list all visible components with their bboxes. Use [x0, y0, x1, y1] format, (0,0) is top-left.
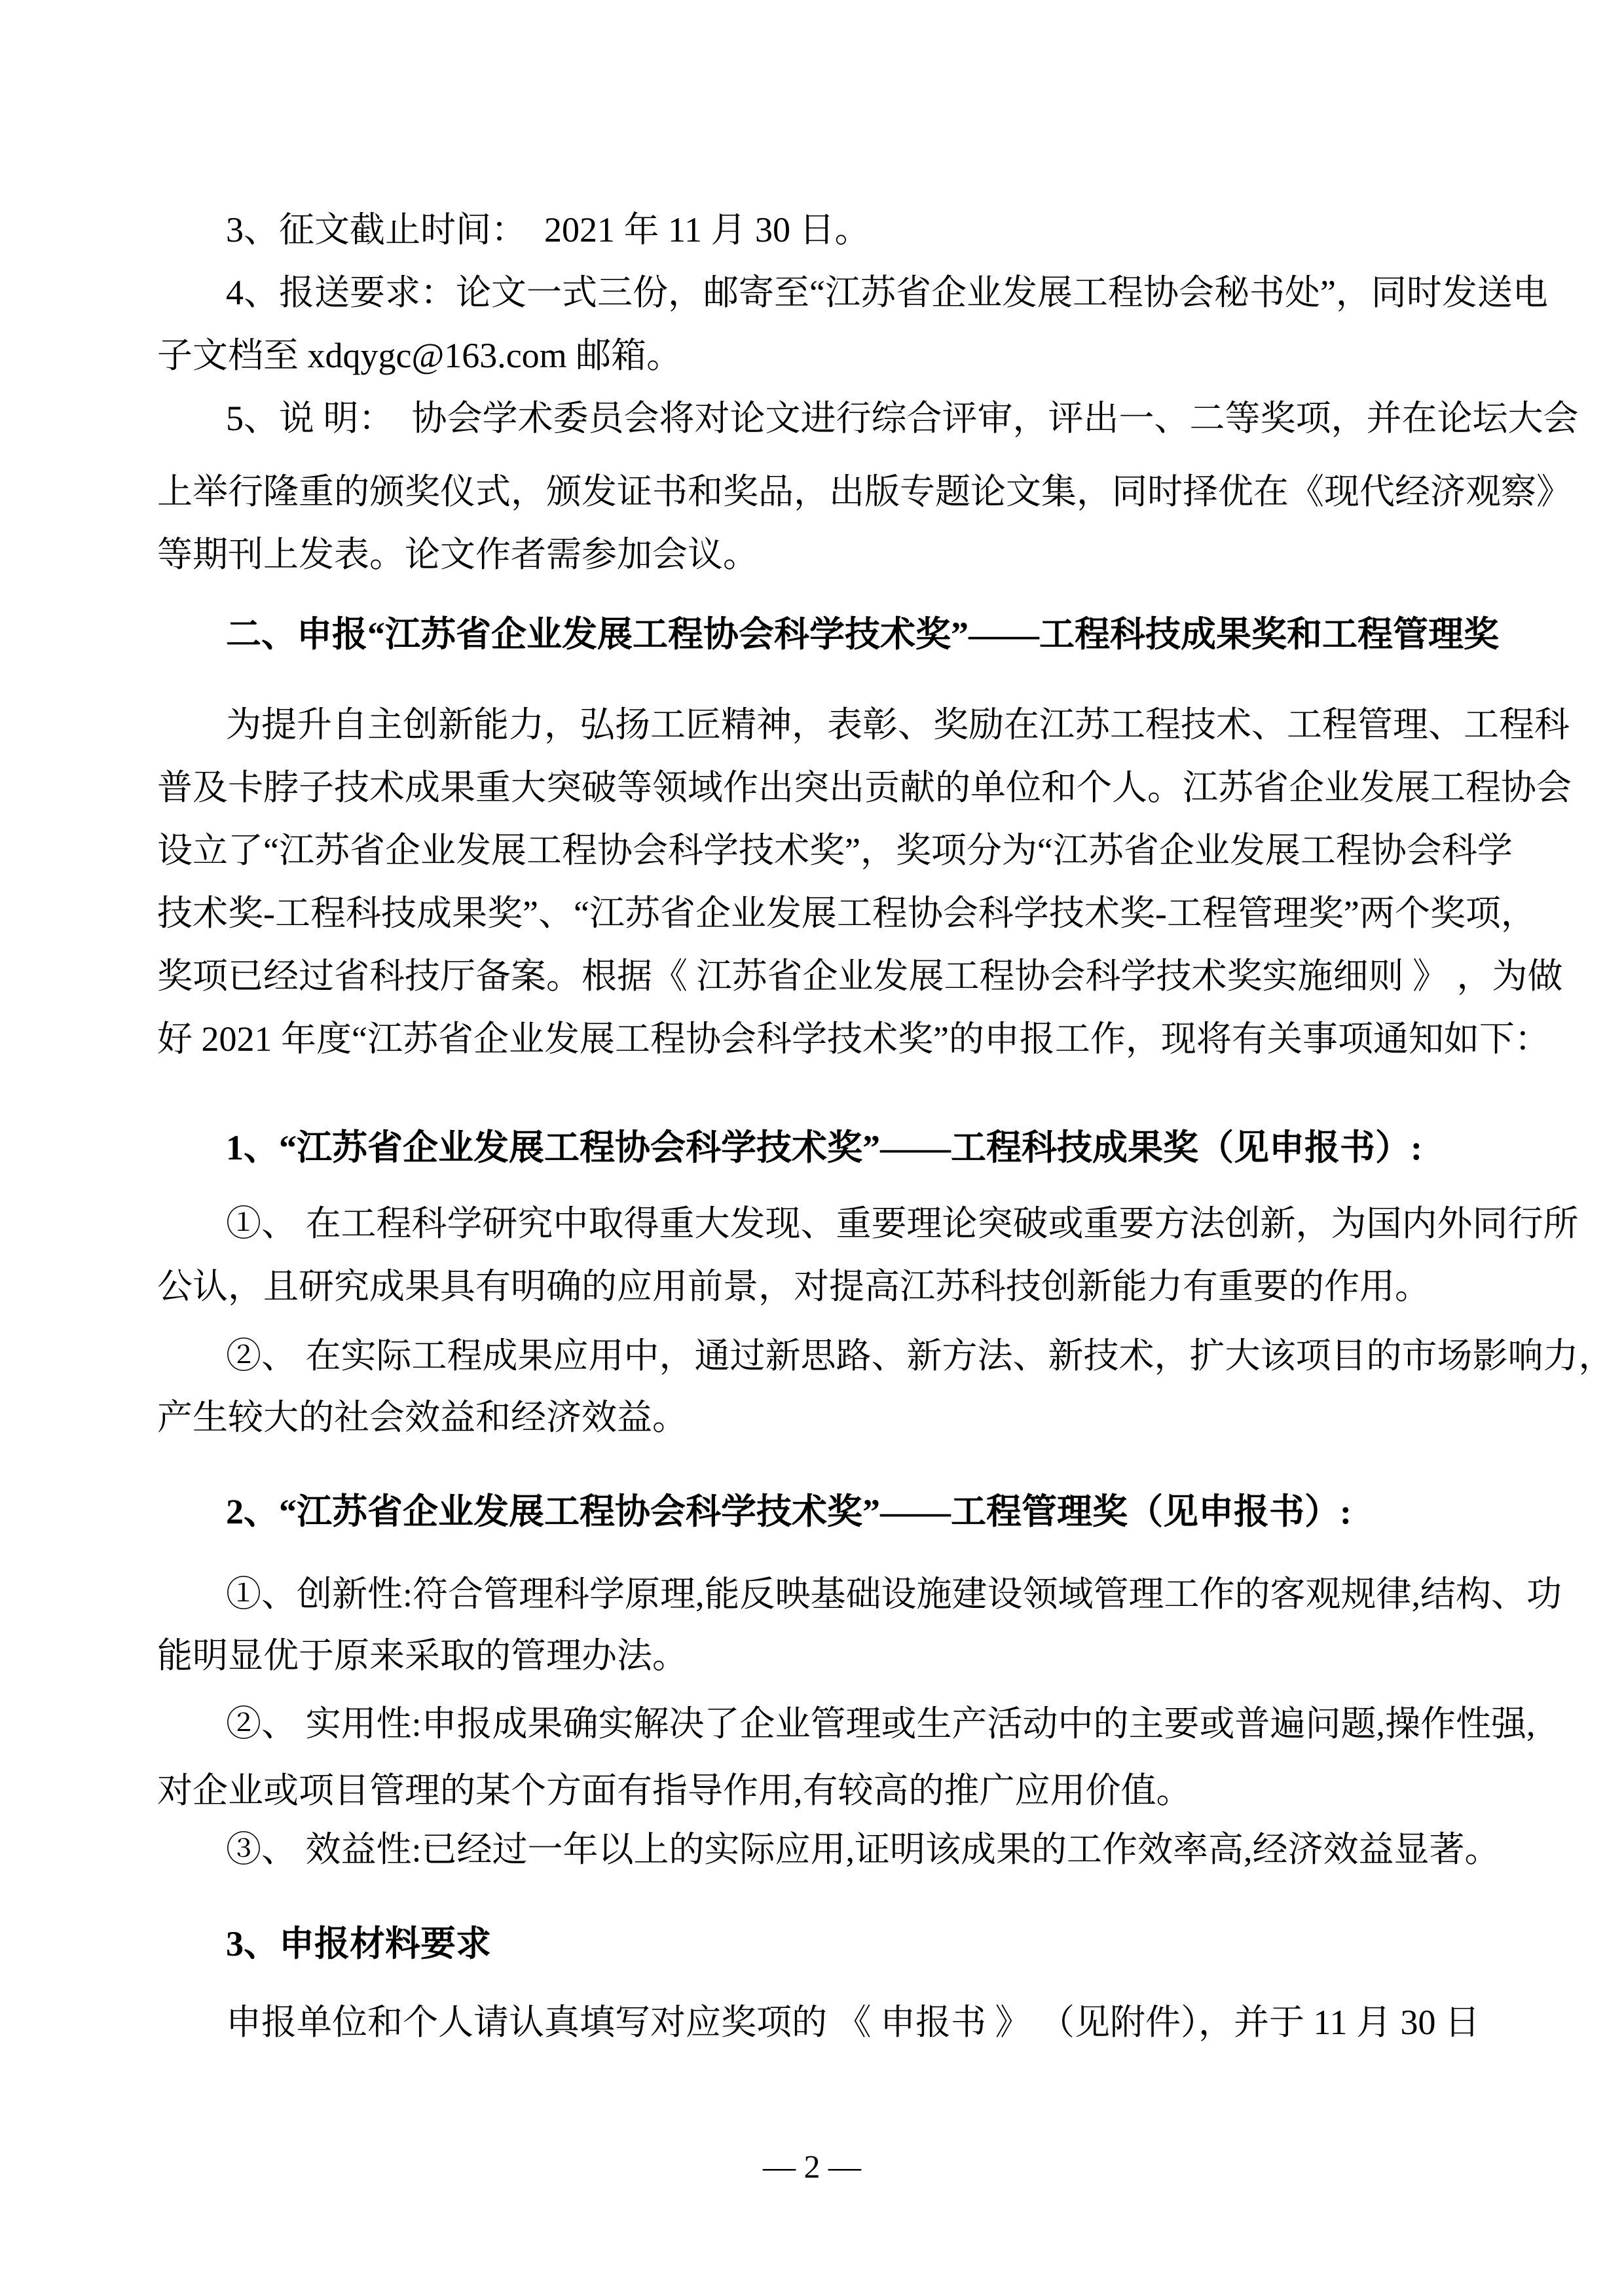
line-note-2: 上举行隆重的颁奖仪式，颁发证书和奖品，出版专题论文集，同时择优在《现代经济观察》	[157, 471, 1473, 512]
para-intro-line-2: 普及卡脖子技术成果重大突破等领域作出突出贡献的单位和个人。江苏省企业发展工程协会	[157, 767, 1473, 808]
award1-criterion-1-line-2: 公认，且研究成果具有明确的应用前景，对提高江苏科技创新能力有重要的作用。	[157, 1266, 1473, 1307]
heading-award-2: 2、“江苏省企业发展工程协会科学技术奖”——工程管理奖（见申报书）:	[226, 1491, 1473, 1532]
award2-criterion-2-line-1: ②、 实用性:申报成果确实解决了企业管理或生产活动中的主要或普遍问题,操作性强,	[226, 1704, 1473, 1744]
para-intro-line-4: 技术奖-工程科技成果奖”、“江苏省企业发展工程协会科学技术奖-工程管理奖”两个奖…	[157, 893, 1473, 934]
award2-criterion-3: ③、 效益性:已经过一年以上的实际应用,证明该成果的工作效率高,经济效益显著。	[226, 1829, 1473, 1870]
para-materials-line-1: 申报单位和个人请认真填写对应奖项的 《 申报书 》 （见附件），并于 11 月 …	[226, 2002, 1473, 2043]
line-submission-req-1: 4、报送要求：论文一式三份，邮寄至“江苏省企业发展工程协会秘书处”，同时发送电	[226, 272, 1473, 313]
award1-criterion-1-line-1: ①、 在工程科学研究中取得重大发现、重要理论突破或重要方法创新，为国内外同行所	[226, 1203, 1473, 1244]
award2-criterion-1-line-1: ①、创新性:符合管理科学原理,能反映基础设施建设领域管理工作的客观规律,结构、功	[226, 1574, 1473, 1614]
heading-section-2: 二、申报“江苏省企业发展工程协会科学技术奖”——工程科技成果奖和工程管理奖	[226, 614, 1473, 655]
page-number: — 2 —	[0, 2149, 1624, 2185]
para-intro-line-1: 为提升自主创新能力，弘扬工匠精神，表彰、奖励在江苏工程技术、工程管理、工程科	[226, 704, 1473, 745]
heading-materials: 3、申报材料要求	[226, 1923, 1473, 1964]
award2-criterion-1-line-2: 能明显优于原来采取的管理办法。	[157, 1635, 1473, 1676]
line-call-deadline: 3、征文截止时间： 2021 年 11 月 30 日。	[226, 210, 1473, 250]
para-intro-line-6: 好 2021 年度“江苏省企业发展工程协会科学技术奖”的申报工作，现将有关事项通…	[157, 1019, 1473, 1059]
document-page: 3、征文截止时间： 2021 年 11 月 30 日。 4、报送要求：论文一式三…	[0, 0, 1624, 2296]
heading-award-1: 1、“江苏省企业发展工程协会科学技术奖”——工程科技成果奖（见申报书）:	[226, 1127, 1473, 1168]
line-note-3: 等期刊上发表。论文作者需参加会议。	[157, 534, 1473, 575]
para-intro-line-5: 奖项已经过省科技厅备案。根据《 江苏省企业发展工程协会科学技术奖实施细则 》 ，…	[157, 956, 1473, 996]
line-note-1: 5、说 明： 协会学术委员会将对论文进行综合评审，评出一、二等奖项，并在论坛大会	[226, 398, 1473, 439]
award1-criterion-2-line-2: 产生较大的社会效益和经济效益。	[157, 1397, 1473, 1438]
award2-criterion-2-line-2: 对企业或项目管理的某个方面有指导作用,有较高的推广应用价值。	[157, 1770, 1473, 1811]
line-submission-req-2: 子文档至 xdqygc@163.com 邮箱。	[157, 335, 1473, 376]
award1-criterion-2-line-1: ②、 在实际工程成果应用中，通过新思路、新方法、新技术，扩大该项目的市场影响力，	[226, 1336, 1473, 1376]
para-intro-line-3: 设立了“江苏省企业发展工程协会科学技术奖”，奖项分为“江苏省企业发展工程协会科学	[157, 830, 1473, 871]
